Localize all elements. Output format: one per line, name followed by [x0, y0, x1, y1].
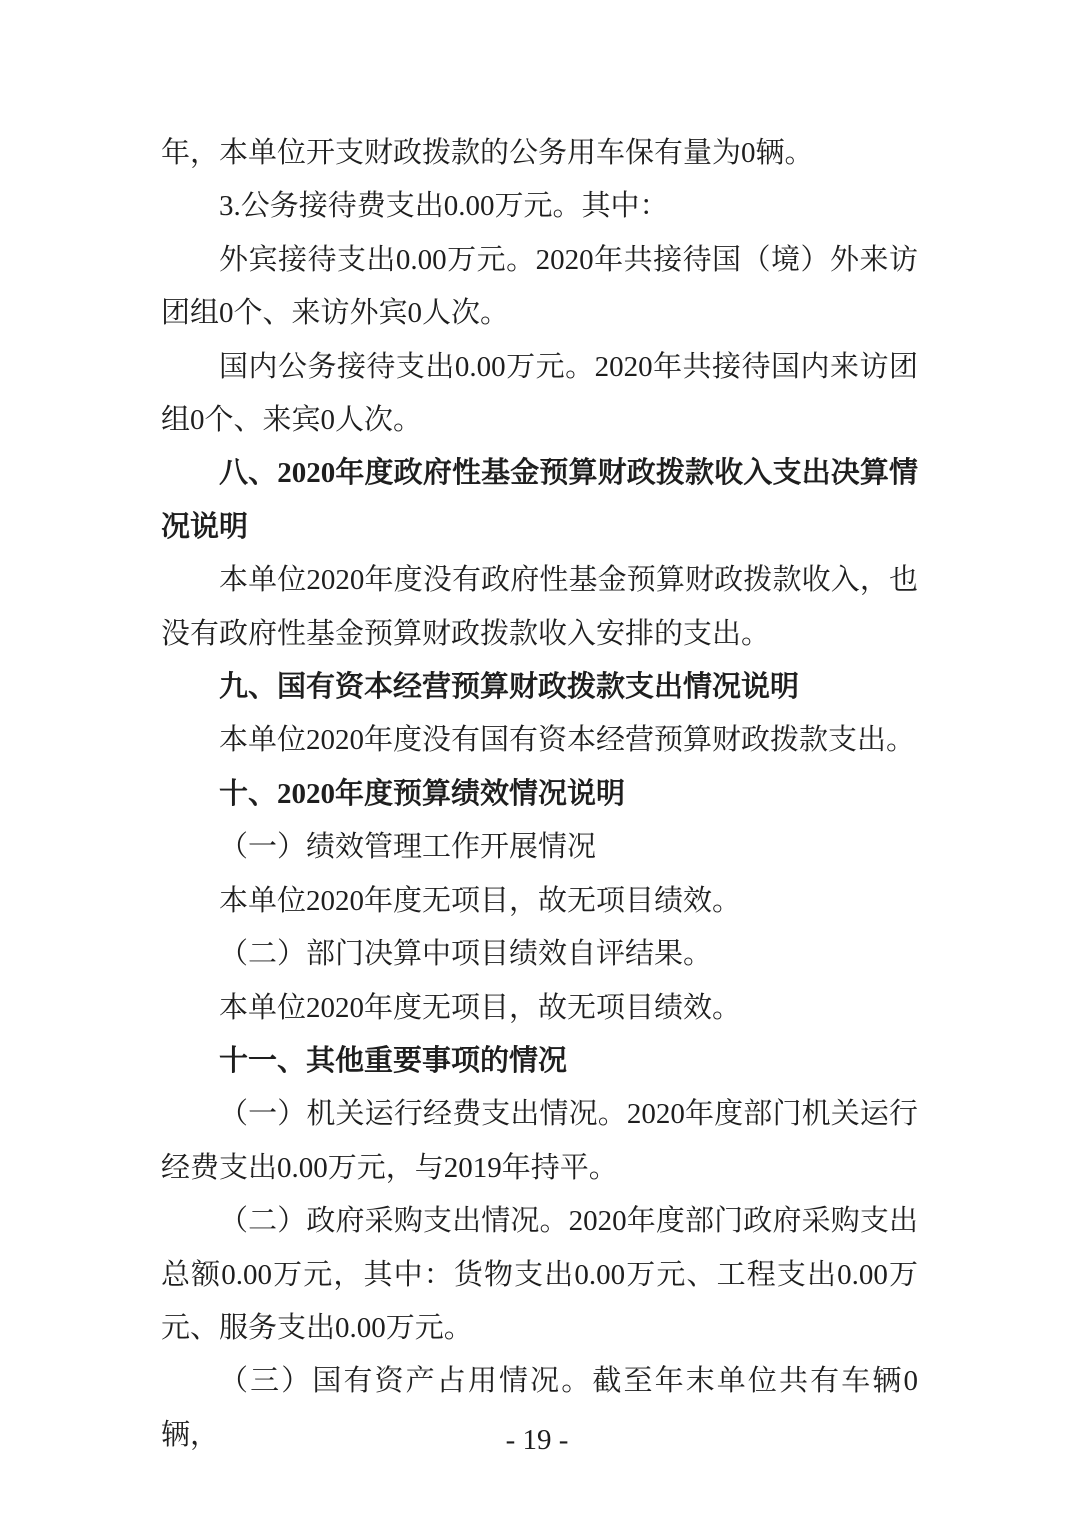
paragraph: （一）绩效管理工作开展情况	[161, 821, 918, 874]
paragraph: 外宾接待支出0.00万元。2020年共接待国（境）外来访团组0个、来访外宾0人次…	[161, 234, 918, 341]
paragraph: 年，本单位开支财政拨款的公务用车保有量为0辆。	[161, 127, 918, 180]
paragraph: 国内公务接待支出0.00万元。2020年共接待国内来访团组0个、来宾0人次。	[161, 341, 918, 448]
paragraph: 3.公务接待费支出0.00万元。其中：	[161, 180, 918, 233]
page-number: - 19 -	[0, 1424, 1074, 1457]
section-heading: 十一、其他重要事项的情况	[161, 1035, 918, 1088]
paragraph: 本单位2020年度没有国有资本经营预算财政拨款支出。	[161, 714, 918, 767]
page-body: 年，本单位开支财政拨款的公务用车保有量为0辆。3.公务接待费支出0.00万元。其…	[161, 127, 918, 1462]
section-heading: 九、国有资本经营预算财政拨款支出情况说明	[161, 661, 918, 714]
paragraph: 本单位2020年度无项目，故无项目绩效。	[161, 982, 918, 1035]
paragraph: （一）机关运行经费支出情况。2020年度部门机关运行经费支出0.00万元，与20…	[161, 1088, 918, 1195]
section-heading: 八、2020年度政府性基金预算财政拨款收入支出决算情况说明	[161, 447, 918, 554]
paragraph: （二）政府采购支出情况。2020年度部门政府采购支出总额0.00万元，其中：货物…	[161, 1195, 918, 1355]
paragraph: 本单位2020年度没有政府性基金预算财政拨款收入，也没有政府性基金预算财政拨款收…	[161, 554, 918, 661]
paragraph: 本单位2020年度无项目，故无项目绩效。	[161, 875, 918, 928]
section-heading: 十、2020年度预算绩效情况说明	[161, 768, 918, 821]
document-page: 年，本单位开支财政拨款的公务用车保有量为0辆。3.公务接待费支出0.00万元。其…	[0, 0, 1074, 1520]
paragraph: （二）部门决算中项目绩效自评结果。	[161, 928, 918, 981]
